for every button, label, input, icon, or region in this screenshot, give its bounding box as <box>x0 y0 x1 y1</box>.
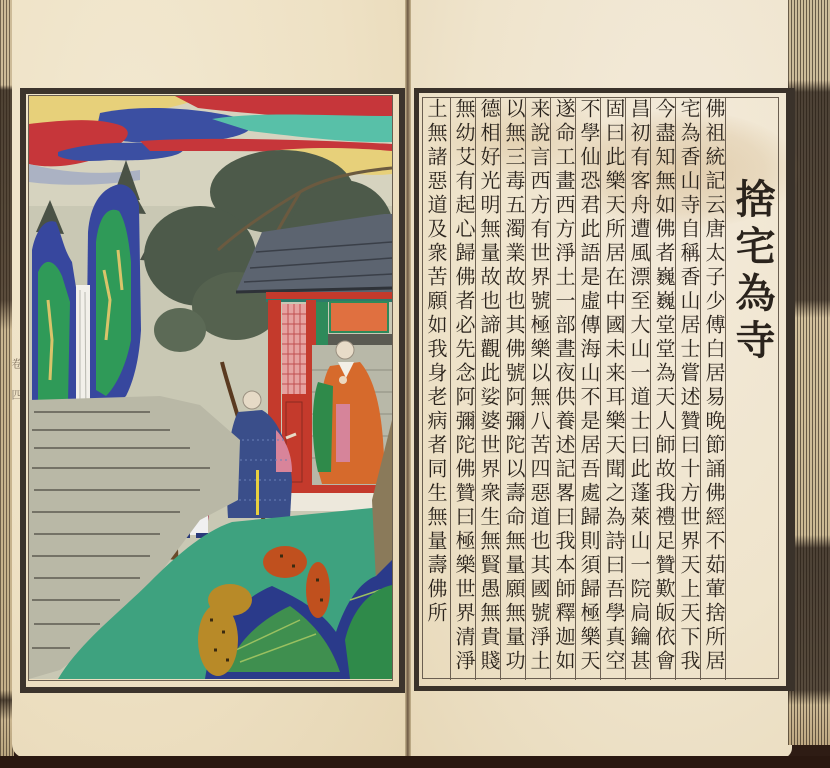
text-column: 今盡知無如佛者巍巍堂堂為天人師故我禮足贊歎皈依會 <box>650 98 676 680</box>
text-column: 佛祖統記云唐太子少傅白居易晚節誦佛經不茹葷捨所居 <box>700 98 726 680</box>
text-column: 固曰此樂天所居在中國未来耳樂天聞之為詩曰吾學真空 <box>600 98 626 680</box>
text-column: 宅為香山寺自稱香山居士嘗述贊曰十方世界天上天下我 <box>675 98 701 680</box>
text-column: 遂命工畫西方淨土一部晝夜供養述記畧曰我本師釋迦如 <box>550 98 576 680</box>
text-column: 土無諸惡道及衆苦願如我身老病者同生無量壽佛所 <box>423 98 448 680</box>
text-column: 德相好光明無量故也諦觀此娑婆世界衆生無賢愚無貴賤 <box>475 98 501 680</box>
text-column: 以無三毒五濁業故也其佛號阿彌陀以壽命無量願無量功 <box>500 98 526 680</box>
text-column: 昌初有客舟遭風漂至大山一道士曰此蓬萊山一院扃鑰甚 <box>625 98 651 680</box>
illustration-inner-rule <box>28 95 393 681</box>
text-column: 来說言西方有世界號極樂以無八苦四惡道也其國號淨土 <box>525 98 551 680</box>
chapter-title: 捨宅為寺 <box>727 178 777 378</box>
text-column: 無幼艾有起心歸佛者必先念阿彌陀佛贊曰極樂世界清淨 <box>450 98 476 680</box>
text-column: 不學仙恐君此語是虛傳海山不是居吾處歸則須歸極樂天 <box>575 98 601 680</box>
book-spine-gutter <box>405 0 411 760</box>
background-table <box>0 756 830 768</box>
